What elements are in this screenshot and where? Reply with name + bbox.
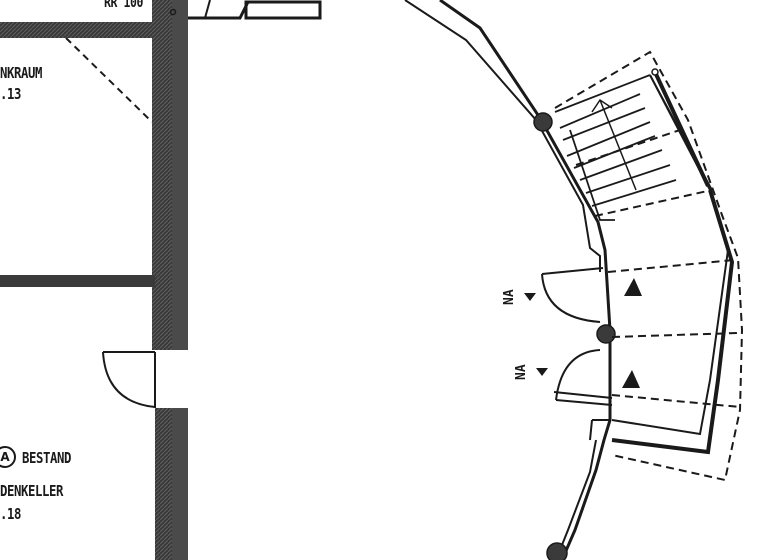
arrow-up-icon	[622, 370, 640, 388]
column-icon	[534, 113, 552, 131]
floor-plan-drawing	[0, 0, 768, 560]
arrow-up-icon	[624, 278, 642, 296]
dashed-diagonal	[66, 38, 152, 122]
inner-enclosure	[612, 75, 732, 452]
room-a-name: NKRAUM	[0, 66, 42, 81]
arrow-down-icon	[524, 293, 536, 301]
curved-facade-wall	[405, 0, 610, 560]
door-lower-tag: NA	[515, 364, 528, 380]
direction-arrows	[524, 278, 642, 388]
room-a-number: .13	[0, 87, 21, 102]
room-b-number: .18	[0, 507, 21, 522]
room-b-name: DENKELLER	[0, 484, 63, 499]
wall-middle	[0, 275, 155, 287]
existing-walls	[0, 0, 320, 560]
top-tag: RR 100	[104, 0, 143, 10]
column-icon	[547, 543, 567, 560]
column-icon	[597, 325, 615, 343]
arrow-down-icon	[536, 368, 548, 376]
door-upper-tag: NA	[503, 289, 516, 305]
door-swing-left	[103, 352, 155, 408]
status-text: BESTAND	[22, 451, 71, 466]
door-swing-lower	[554, 350, 612, 405]
door-swing-upper	[542, 268, 603, 322]
